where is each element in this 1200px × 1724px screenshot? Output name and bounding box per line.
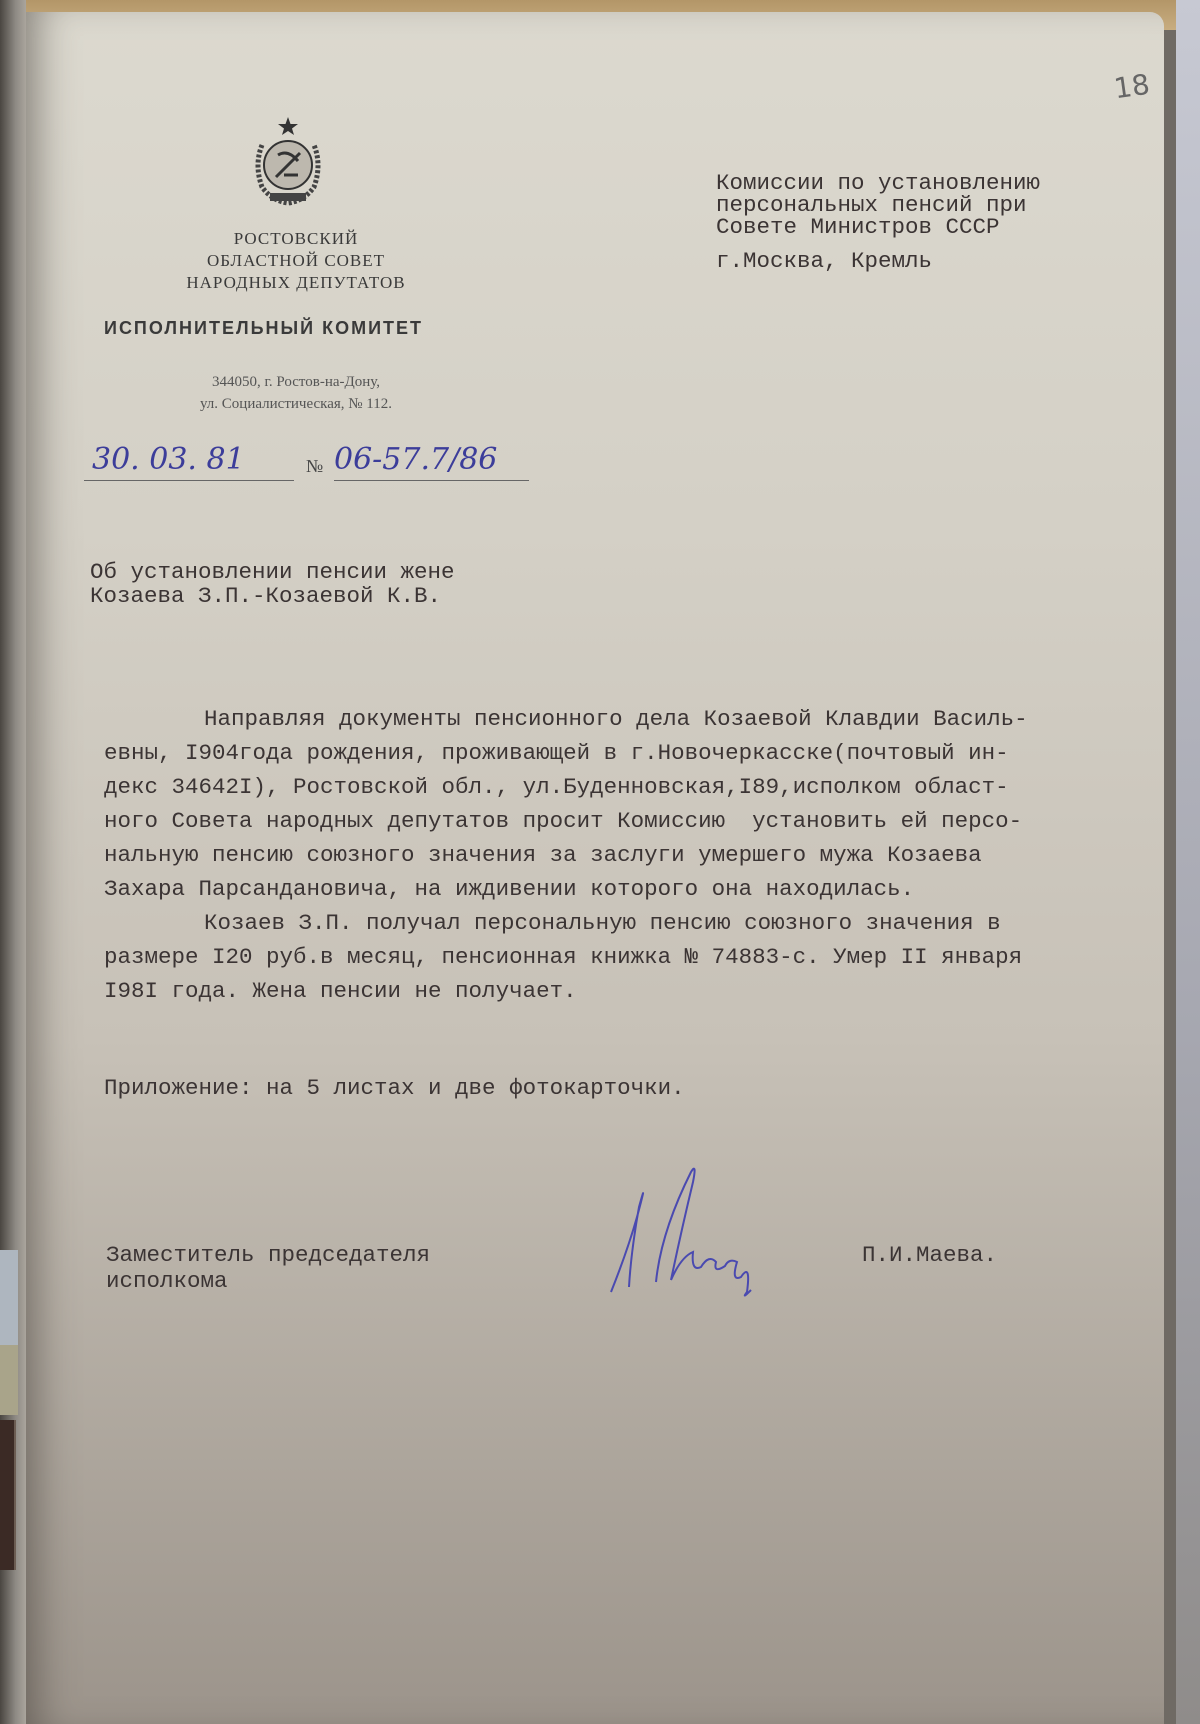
recipient-line: персональных пенсий при [716,194,1040,216]
body-line: Направляя документы пенсионного дела Коз… [104,702,1164,736]
subject-block: Об установлении пенсии жене Козаева З.П.… [90,560,455,608]
subject-line: Об установлении пенсии жене [90,560,455,584]
number-sign: № [306,456,323,477]
letterhead: РОСТОВСКИЙ ОБЛАСТНОЙ СОВЕТ НАРОДНЫХ ДЕПУ… [86,228,506,415]
signatory-name: П.И.Маева. [862,1242,997,1268]
body-line: Козаев З.П. получал персональную пенсию … [104,906,1164,940]
signatory-title-line: Заместитель председателя [106,1242,430,1268]
attachment-note: Приложение: на 5 листах и две фотокарточ… [104,1075,685,1101]
body-line: нальную пенсию союзного значения за засл… [104,838,1164,872]
reference-number: 06-57.7/86 [334,442,497,477]
binder-tab [0,1345,18,1415]
body-line: евны, I904года рождения, проживающей в г… [104,736,1164,770]
reference-date: 30. 03. 81 [92,442,245,477]
body-line: I98I года. Жена пенсии не получает. [104,974,1164,1008]
letter-body: Направляя документы пенсионного дела Коз… [104,702,1164,1008]
body-line: Захара Парсандановича, на иждивении кото… [104,872,1164,906]
handwritten-signature-icon [601,1162,781,1302]
address-line: ул. Социалистическая, № 112. [86,393,506,415]
signatory-title-line: исполкома [106,1268,430,1294]
binder-clip [0,1420,16,1570]
binder-tab [0,1250,18,1345]
org-name-line: ОБЛАСТНОЙ СОВЕТ [86,250,506,272]
recipient-line: Комиссии по установлению [716,172,1040,194]
committee-title: ИСПОЛНИТЕЛЬНЫЙ КОМИТЕТ [86,318,506,339]
body-line: ного Совета народных депутатов просит Ко… [104,804,1164,838]
rsfsr-coat-of-arms-icon [248,115,328,211]
recipient-block: Комиссии по установлению персональных пе… [716,172,1040,272]
body-line: размере I20 руб.в месяц, пенсионная книж… [104,940,1164,974]
reference-line: 30. 03. 81 № 06-57.7/86 [84,442,534,482]
document-page: 18 РОСТОВСКИЙ ОБЛАСТНОЙ СОВЕТ НАРОДНЫХ Д… [26,12,1164,1724]
date-underline [84,480,294,481]
page-number: 18 [1112,68,1152,106]
body-line: декс 34642I), Ростовской обл., ул.Буденн… [104,770,1164,804]
address-line: 344050, г. Ростов-на-Дону, [86,371,506,393]
signatory-title: Заместитель председателя исполкома [106,1242,430,1294]
background-right [1176,0,1200,1724]
subject-line: Козаева З.П.-Козаевой К.В. [90,584,455,608]
org-name-line: РОСТОВСКИЙ [86,228,506,250]
number-underline [334,480,529,481]
org-name-line: НАРОДНЫХ ДЕПУТАТОВ [86,272,506,294]
recipient-line: Совете Министров СССР [716,216,1040,238]
letterhead-address: 344050, г. Ростов-на-Дону, ул. Социалист… [86,371,506,415]
recipient-city: г.Москва, Кремль [716,250,1040,272]
